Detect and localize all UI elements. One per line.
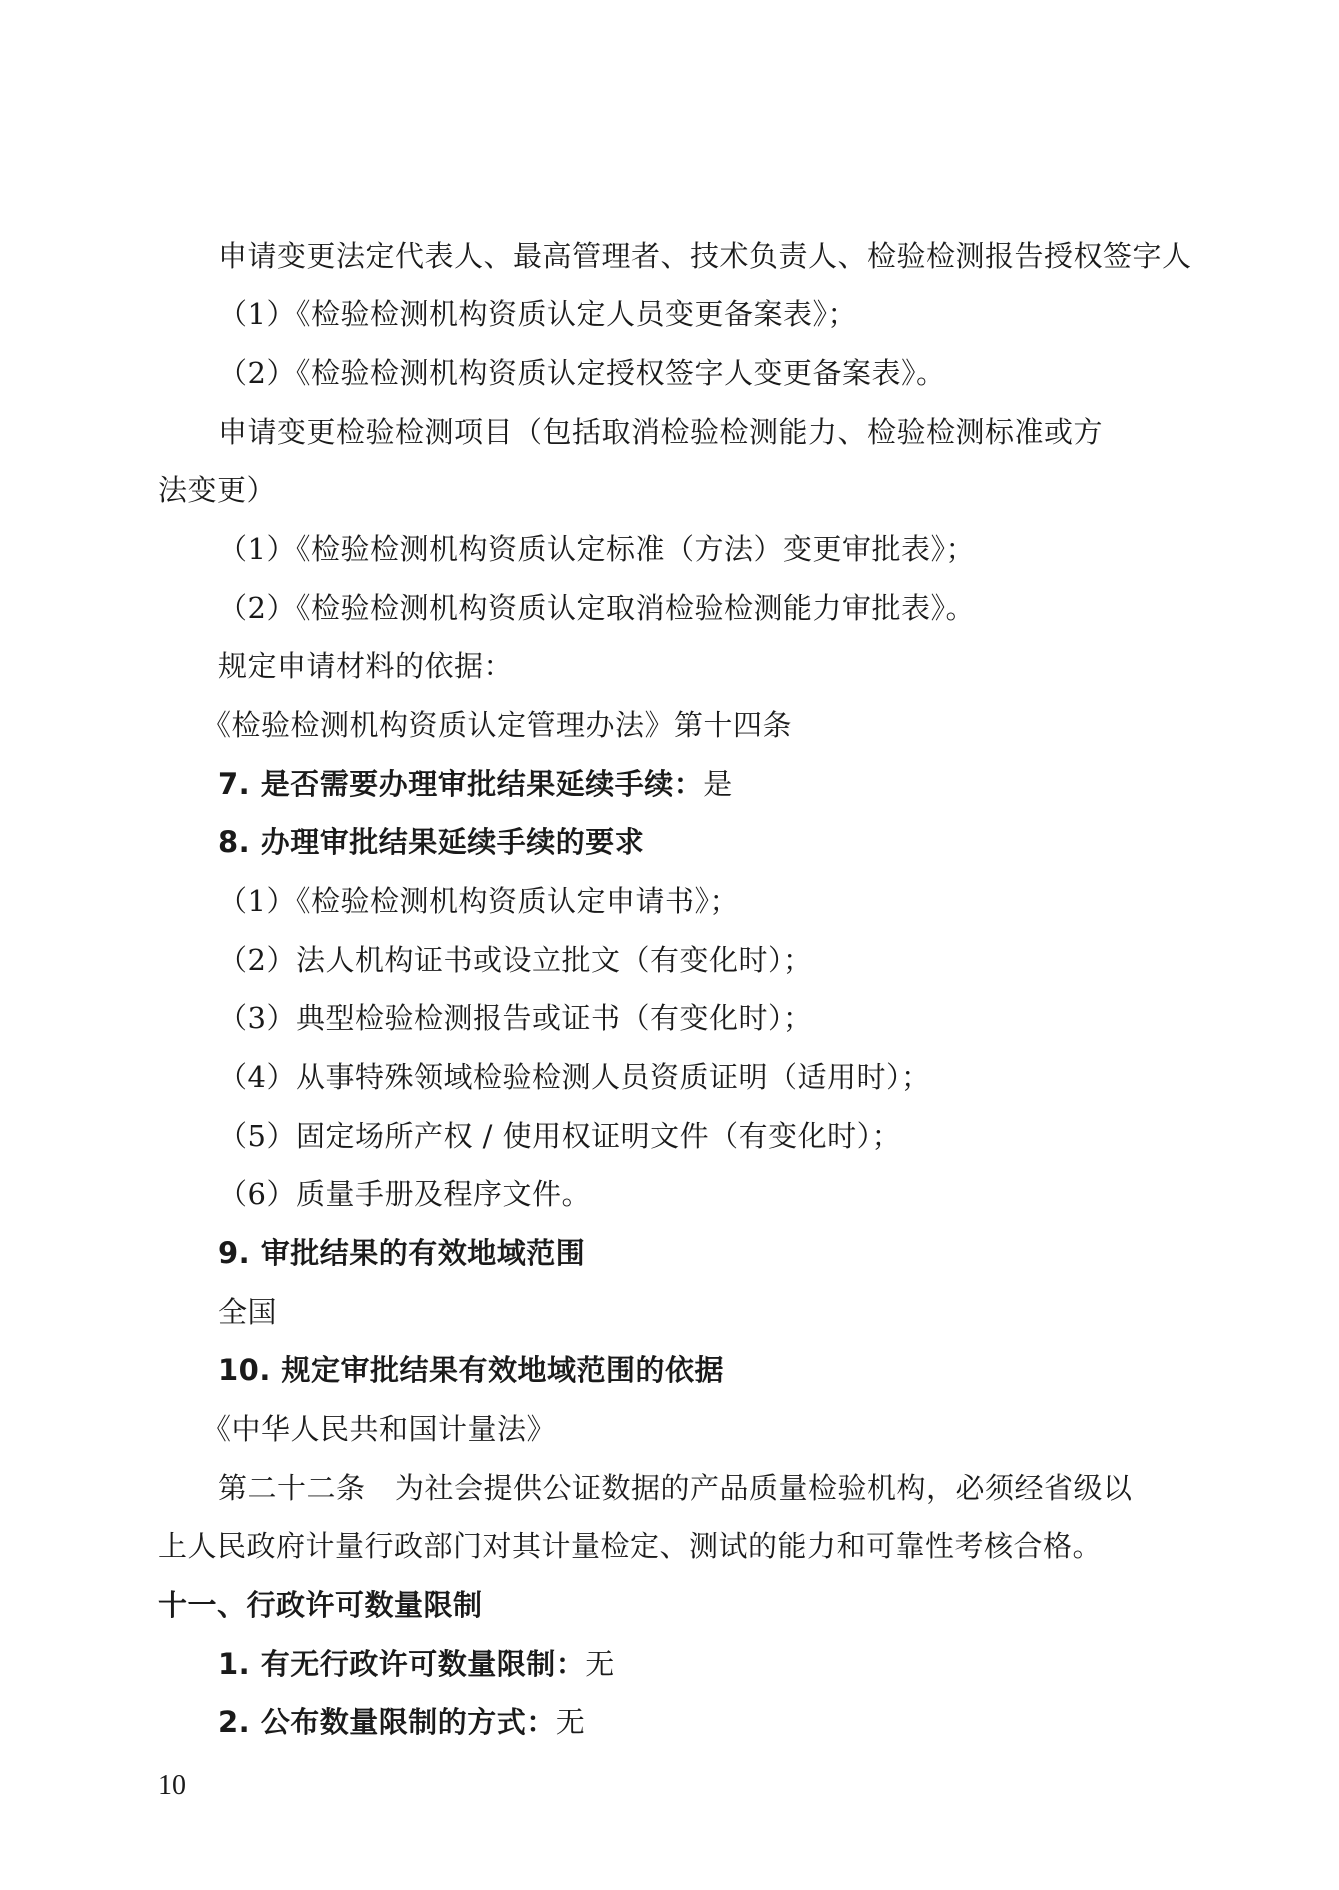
section-heading-label: 2. 公布数量限制的方式： — [218, 1705, 556, 1739]
list-item: （1）《检验检测机构资质认定人员变更备案表》； — [218, 294, 857, 334]
chapter-heading-11: 十一、行政许可数量限制 — [158, 1585, 483, 1625]
paragraph-text: 全国 — [218, 1292, 277, 1332]
list-item: （2）法人机构证书或设立批文（有变化时）； — [218, 940, 812, 980]
section-heading-10: 10. 规定审批结果有效地域范围的依据 — [218, 1350, 724, 1390]
list-item: （3）典型检验检测报告或证书（有变化时）； — [218, 998, 812, 1038]
list-item: （2）《检验检测机构资质认定授权签字人变更备案表》。 — [218, 353, 945, 393]
list-item: （5）固定场所产权 / 使用权证明文件（有变化时）； — [218, 1116, 901, 1156]
legal-article: 第二十二条 为社会提供公证数据的产品质量检验机构，必须经省级以 — [218, 1468, 1133, 1508]
list-item: （1）《检验检测机构资质认定标准（方法）变更审批表》； — [218, 529, 975, 569]
section-heading-label: 1. 有无行政许可数量限制： — [218, 1647, 585, 1681]
page-number: 10 — [158, 1770, 186, 1802]
section-heading-value: 无 — [556, 1705, 586, 1739]
paragraph-basis-label: 规定申请材料的依据： — [218, 646, 513, 686]
list-item: （1）《检验检测机构资质认定申请书》； — [218, 881, 739, 921]
section-heading-value: 是 — [703, 767, 733, 801]
section-heading-1: 1. 有无行政许可数量限制：无 — [218, 1644, 615, 1684]
legal-article-continuation: 上人民政府计量行政部门对其计量检定、测试的能力和可靠性考核合格。 — [158, 1526, 1102, 1566]
paragraph-heading-project-change: 申请变更检验检测项目（包括取消检验检测能力、检验检测标准或方 — [218, 412, 1103, 452]
section-heading-7: 7. 是否需要办理审批结果延续手续：是 — [218, 764, 733, 804]
paragraph-heading-personnel-change: 申请变更法定代表人、最高管理者、技术负责人、检验检测报告授权签字人 — [218, 236, 1192, 276]
section-heading-2: 2. 公布数量限制的方式：无 — [218, 1702, 585, 1742]
legal-reference: 《检验检测机构资质认定管理办法》第十四条 — [202, 705, 792, 745]
section-heading-label: 7. 是否需要办理审批结果延续手续： — [218, 767, 703, 801]
list-item: （2）《检验检测机构资质认定取消检验检测能力审批表》。 — [218, 588, 975, 628]
section-heading-value: 无 — [585, 1647, 615, 1681]
section-heading-9: 9. 审批结果的有效地域范围 — [218, 1233, 585, 1273]
list-item: （6）质量手册及程序文件。 — [218, 1174, 591, 1214]
section-heading-8: 8. 办理审批结果延续手续的要求 — [218, 822, 644, 862]
paragraph-continuation: 法变更） — [158, 470, 276, 510]
list-item: （4）从事特殊领域检验检测人员资质证明（适用时）； — [218, 1057, 930, 1097]
legal-reference: 《中华人民共和国计量法》 — [202, 1409, 556, 1449]
